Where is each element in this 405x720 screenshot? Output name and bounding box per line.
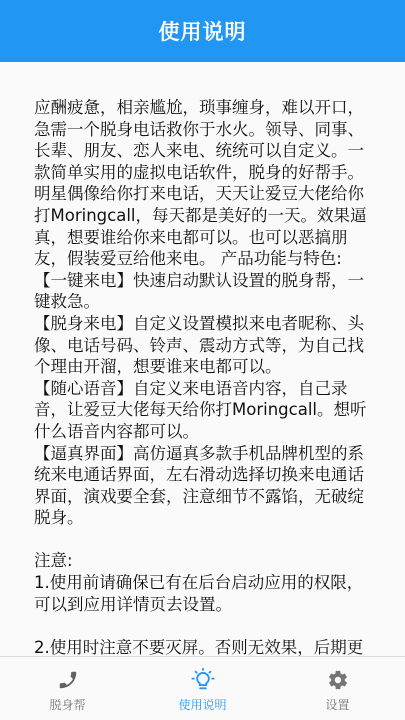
bottom-navigation: 脱身帮 使用说明 设置 [0, 656, 405, 720]
nav-item-settings[interactable]: 设置 [270, 657, 405, 720]
feature-one-key-call: 【一键来电】快速启动默认设置的脱身帮，一键救急。 [34, 270, 374, 313]
nav-item-escape-helper[interactable]: 脱身帮 [0, 657, 135, 720]
lightbulb-icon [191, 668, 215, 692]
feature-custom-voice: 【随心语音】自定义来电语音内容，自己录音，让爱豆大佬每天给你打Moringcal… [34, 378, 374, 443]
intro-paragraph: 应酬疲惫，相亲尴尬，琐事缠身，难以开口，急需一个脱身电话救你于水火。领导、同事、… [34, 97, 374, 270]
nav-label: 设置 [325, 696, 349, 713]
nav-label: 使用说明 [178, 696, 226, 713]
notice-item-1: 1.使用前请确保已有在后台启动应用的权限，可以到应用详情页去设置。 [34, 572, 374, 615]
page-title: 使用说明 [159, 16, 247, 46]
nav-label: 脱身帮 [49, 696, 85, 713]
spacer [34, 529, 374, 551]
feature-realistic-ui: 【逼真界面】高仿逼真多款手机品牌机型的系统来电通话界面，左右滑动选择切换来电通话… [34, 443, 374, 529]
phone-icon [56, 668, 80, 692]
notice-title: 注意: [34, 550, 374, 572]
gear-icon [326, 668, 350, 692]
feature-escape-call: 【脱身来电】自定义设置模拟来电者昵称、头像、电话号码、铃声、震动方式等，为自己找… [34, 313, 374, 378]
app-header: 使用说明 [0, 0, 405, 62]
instructions-content: 应酬疲惫，相亲尴尬，琐事缠身，难以开口，急需一个脱身电话救你于水火。领导、同事、… [34, 97, 374, 680]
spacer [34, 615, 374, 637]
nav-item-instructions[interactable]: 使用说明 [135, 657, 270, 720]
